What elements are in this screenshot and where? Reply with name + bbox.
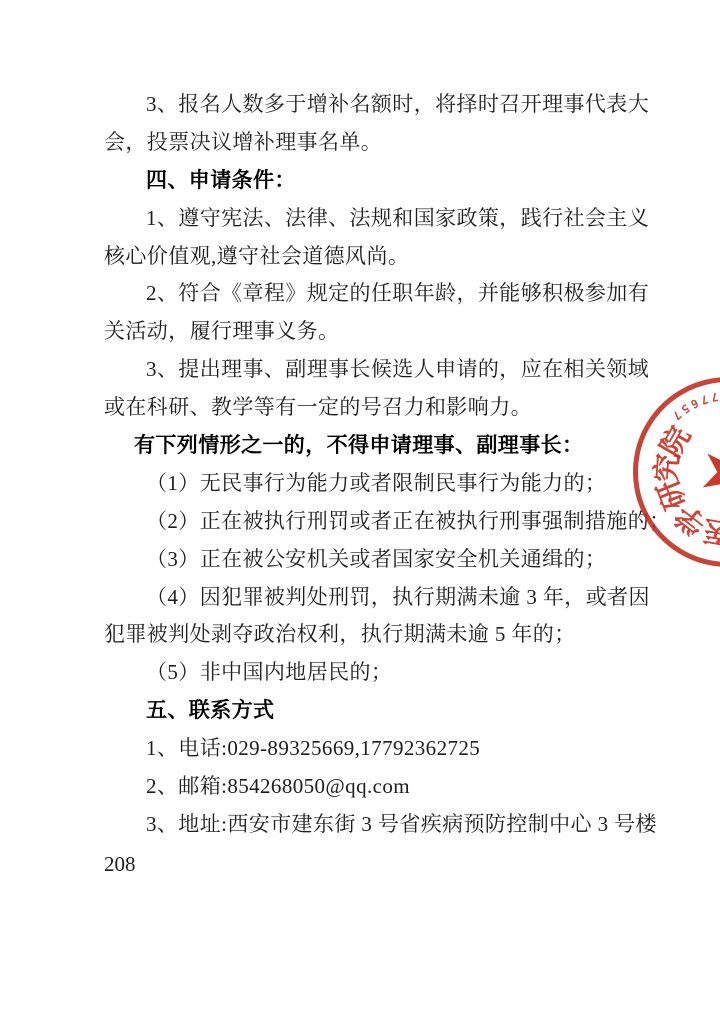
document-body: 3、报名人数多于增补名额时，将择时召开理事代表大会，投票决议增补理事名单。四、申… [104, 86, 620, 844]
text-line: （3）正在被公安机关或者国家安全机关通缉的； [104, 541, 620, 579]
text-line: （4）因犯罪被判处刑罚，执行期满未逾 3 年，或者因 [104, 579, 620, 617]
text-line: 核心价值观,遵守社会道德风尚。 [104, 238, 620, 276]
text-line: （2）正在被执行刑罚或者正在被执行刑事强制措施的； [104, 503, 620, 541]
text-line: 3、报名人数多于增补名额时，将择时召开理事代表大 [104, 86, 620, 124]
section-heading: 有下列情形之一的，不得申请理事、副理事长： [104, 427, 620, 465]
page-number: 208 [104, 845, 136, 883]
seal-serial-digit: 7 [697, 391, 713, 408]
seal-rotated-group: ★ 医学研究院000277657 [618, 362, 720, 582]
seal-star-icon: ★ [691, 434, 720, 516]
text-line: 关活动，履行理事义务。 [104, 313, 620, 351]
text-line: （5）非中国内地居民的； [104, 654, 620, 692]
text-line: 1、电话:029-89325669,17792362725 [104, 730, 620, 768]
text-line: 或在科研、教学等有一定的号召力和影响力。 [104, 389, 620, 427]
seal-ring-char: 究 [651, 451, 685, 485]
text-line: 2、符合《章程》规定的任职年龄，并能够积极参加有 [104, 275, 620, 313]
document-page: 3、报名人数多于增补名额时，将择时召开理事代表大会，投票决议增补理事名单。四、申… [0, 0, 720, 1018]
text-line: （1）无民事行为能力或者限制民事行为能力的； [104, 465, 620, 503]
seal-ring-char: 学 [669, 497, 714, 542]
text-line: 1、遵守宪法、法律、法规和国家政策，践行社会主义 [104, 200, 620, 238]
seal-serial-digit: 7 [668, 406, 686, 424]
text-line: 3、地址:西安市建东街 3 号省疾病预防控制中心 3 号楼 [104, 806, 620, 844]
seal-ring-char: 院 [654, 420, 698, 464]
seal-outer-ring [618, 362, 720, 582]
seal-serial-digit: 7 [708, 389, 720, 405]
seal-ring-char: 医 [699, 513, 720, 550]
text-line: 2、邮箱:854268050@qq.com [104, 768, 620, 806]
text-line: 犯罪被判处剥夺政治权利，执行期满未逾 5 年的； [104, 616, 620, 654]
section-heading: 四、申请条件： [104, 162, 620, 200]
text-line: 会，投票决议增补理事名单。 [104, 124, 620, 162]
seal-serial-digit: 5 [677, 400, 695, 418]
text-line: 3、提出理事、副理事长候选人申请的，应在相关领域 [104, 351, 620, 389]
seal-serial-digit: 6 [686, 395, 703, 413]
section-heading: 五、联系方式 [104, 692, 620, 730]
